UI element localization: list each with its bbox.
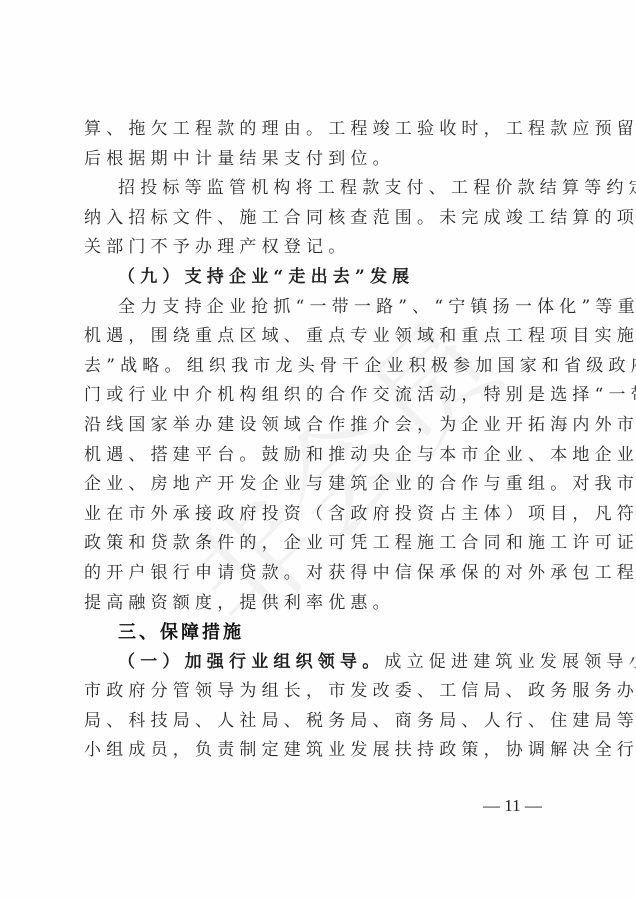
paragraph-line: 关部门不予办理产权登记。: [84, 233, 556, 263]
paragraph-line: 政策和贷款条件的，企业可凭工程施工合同和施工许可证向我市: [84, 529, 556, 559]
document-page: 非会员 算、拖欠工程款的理由。工程竣工验收时，工程款应预留质保金 后根据期中计量…: [0, 0, 636, 900]
paragraph-line: 业在市外承接政府投资（含政府投资占主体）项目，凡符合信贷: [84, 500, 556, 530]
paragraph-line: 企业、房地产开发企业与建筑企业的合作与重组。对我市建筑企: [84, 470, 556, 500]
paragraph-line: 纳入招标文件、施工合同核查范围。未完成竣工结算的项目，有: [84, 204, 556, 234]
paragraph-line: 去”战略。组织我市龙头骨干企业积极参加国家和省级政府、部: [84, 352, 556, 382]
paragraph-line: 提高融资额度，提供利率优惠。: [84, 589, 556, 619]
paragraph-line: 沿线国家举办建设领域合作推介会，为企业开拓海内外市场提供: [84, 411, 556, 441]
document-body: 算、拖欠工程款的理由。工程竣工验收时，工程款应预留质保金 后根据期中计量结果支付…: [84, 115, 556, 766]
paragraph-text: 成立促进建筑业发展领导小组，: [384, 652, 636, 672]
section-heading-9: （九）支持企业“走出去”发展: [84, 263, 556, 293]
paragraph-line: 的开户银行申请贷款。对获得中信保承保的对外承包工程项目，: [84, 559, 556, 589]
paragraph-line: 局、科技局、人社局、税务局、商务局、人行、住建局等部门为: [84, 707, 556, 737]
paragraph-line: 机遇、搭建平台。鼓励和推动央企与本市企业、本地企业与外地: [84, 441, 556, 471]
paragraph-line: 招投标等监管机构将工程款支付、工程价款结算等约定内容: [84, 174, 556, 204]
page-number: — 11 —: [483, 796, 542, 816]
paragraph-line: 后根据期中计量结果支付到位。: [84, 145, 556, 175]
paragraph-line: （一）加强行业组织领导。成立促进建筑业发展领导小组，: [84, 648, 556, 678]
chapter-heading-3: 三、保障措施: [84, 618, 556, 648]
paragraph-line: 市政府分管领导为组长，市发改委、工信局、政务服务办、财政: [84, 677, 556, 707]
paragraph-line: 机遇，围绕重点区域、重点专业领域和重点工程项目实施“走出: [84, 322, 556, 352]
paragraph-line: 门或行业中介机构组织的合作交流活动，特别是选择“一带一路”: [84, 381, 556, 411]
paragraph-line: 全力支持企业抢抓“一带一路”、“宁镇扬一体化”等重大战略: [84, 293, 556, 323]
paragraph-line: 小组成员，负责制定建筑业发展扶持政策，协调解决全行业发展: [84, 736, 556, 766]
paragraph-line: 算、拖欠工程款的理由。工程竣工验收时，工程款应预留质保金: [84, 115, 556, 145]
subsection-lead-1: （一）加强行业组织领导。: [118, 652, 384, 672]
